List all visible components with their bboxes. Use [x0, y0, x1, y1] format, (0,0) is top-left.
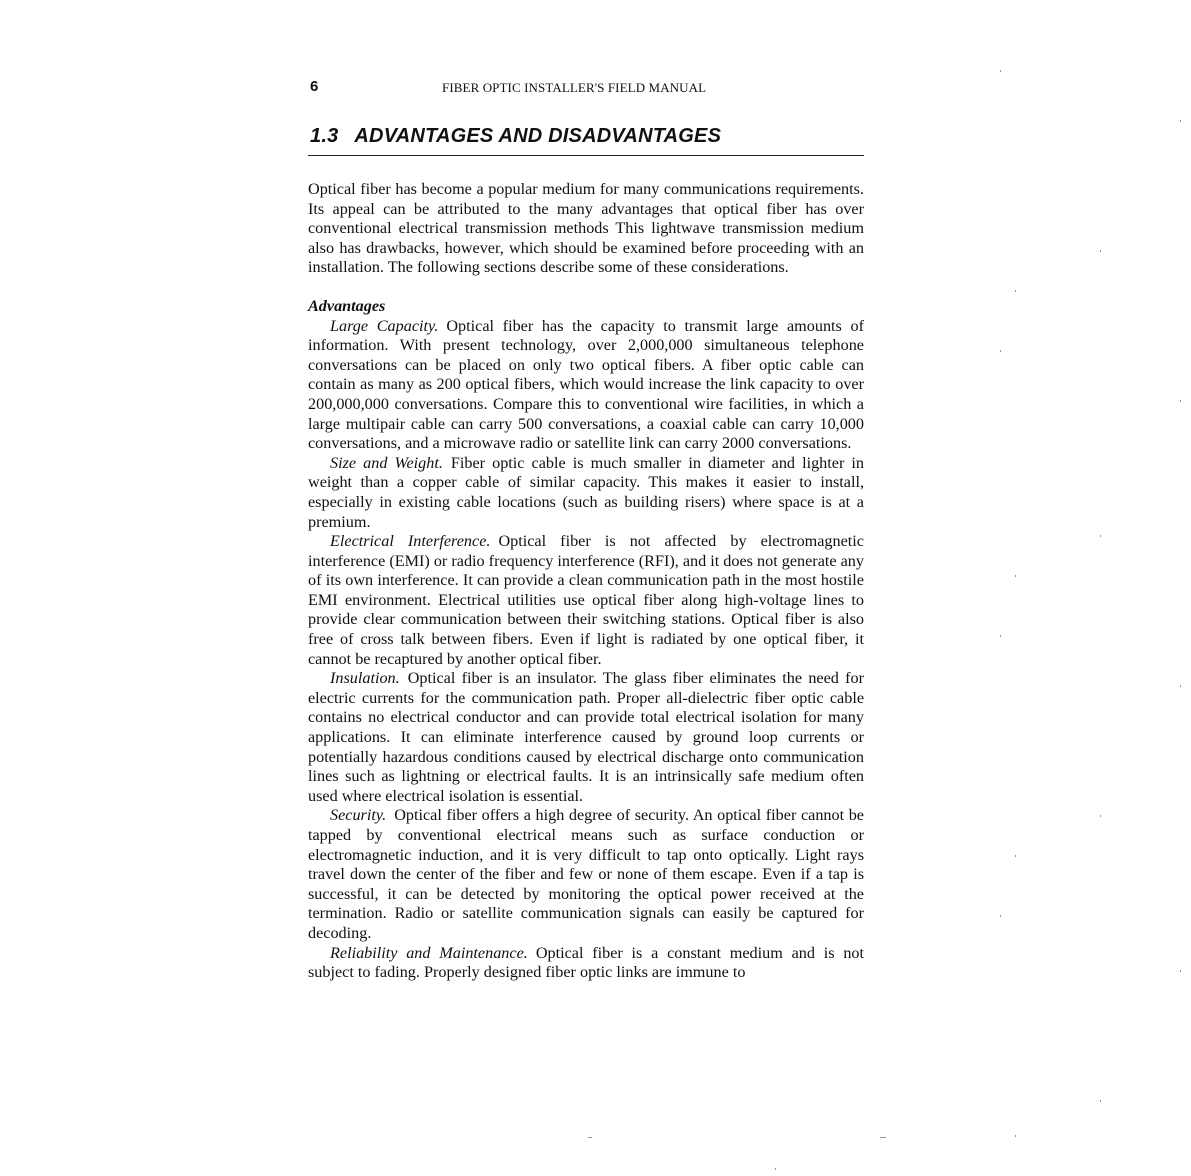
advantage-paragraph-electrical-interference: Electrical Interference.Optical fiber is…: [308, 532, 864, 669]
scan-speck: [1180, 120, 1181, 122]
scan-speck: [588, 1137, 592, 1138]
runin-heading: Insulation.: [330, 669, 400, 687]
runin-heading: Large Capacity.: [330, 317, 438, 335]
paragraph-text: Optical fiber is not affected by electro…: [308, 532, 864, 668]
scan-speck: [1015, 1135, 1016, 1137]
paragraph-text: Optical fiber offers a high degree of se…: [308, 806, 864, 942]
running-header: 6 FIBER OPTIC INSTALLER'S FIELD MANUAL: [308, 78, 864, 98]
runin-heading: Reliability and Maintenance.: [330, 944, 528, 962]
section-heading: 1.3ADVANTAGES AND DISADVANTAGES: [310, 125, 721, 148]
scan-speck: [1100, 1100, 1101, 1102]
page-number: 6: [310, 78, 318, 95]
body-text: Optical fiber has become a popular mediu…: [308, 180, 864, 983]
advantage-paragraph-large-capacity: Large Capacity.Optical fiber has the cap…: [308, 317, 864, 454]
heading-rule: [308, 155, 864, 156]
advantage-paragraph-security: Security.Optical fiber offers a high deg…: [308, 806, 864, 943]
running-title: FIBER OPTIC INSTALLER'S FIELD MANUAL: [442, 80, 706, 96]
scan-speck: [1100, 250, 1101, 252]
runin-heading: Electrical Interference.: [330, 532, 490, 550]
scan-speck: [1100, 535, 1101, 537]
advantage-paragraph-size-weight: Size and Weight.Fiber optic cable is muc…: [308, 454, 864, 532]
scan-speck: [1015, 290, 1016, 292]
subsection-heading: Advantages: [308, 297, 864, 317]
scan-speck: [1180, 400, 1181, 402]
advantage-paragraph-reliability: Reliability and Maintenance.Optical fibe…: [308, 944, 864, 983]
paragraph-text: Optical fiber is an insulator. The glass…: [308, 669, 864, 805]
scan-speck: [1015, 575, 1016, 577]
scan-speck: [1000, 915, 1001, 917]
scan-speck: [1180, 970, 1181, 972]
section-number: 1.3: [310, 125, 338, 147]
runin-heading: Size and Weight.: [330, 454, 443, 472]
scan-speck: [1180, 685, 1181, 687]
runin-heading: Security.: [330, 806, 386, 824]
scan-speck: [880, 1137, 886, 1138]
scan-speck: [1000, 635, 1001, 637]
paragraph-text: Optical fiber has the capacity to transm…: [308, 317, 864, 453]
section-title: ADVANTAGES AND DISADVANTAGES: [354, 125, 721, 147]
scan-speck: [1100, 815, 1101, 817]
advantage-paragraph-insulation: Insulation.Optical fiber is an insulator…: [308, 669, 864, 806]
scan-speck: [775, 1168, 776, 1170]
intro-paragraph: Optical fiber has become a popular mediu…: [308, 180, 864, 278]
scan-speck: [1000, 70, 1001, 72]
scan-speck: [1000, 350, 1001, 352]
scan-speck: [1015, 855, 1016, 857]
